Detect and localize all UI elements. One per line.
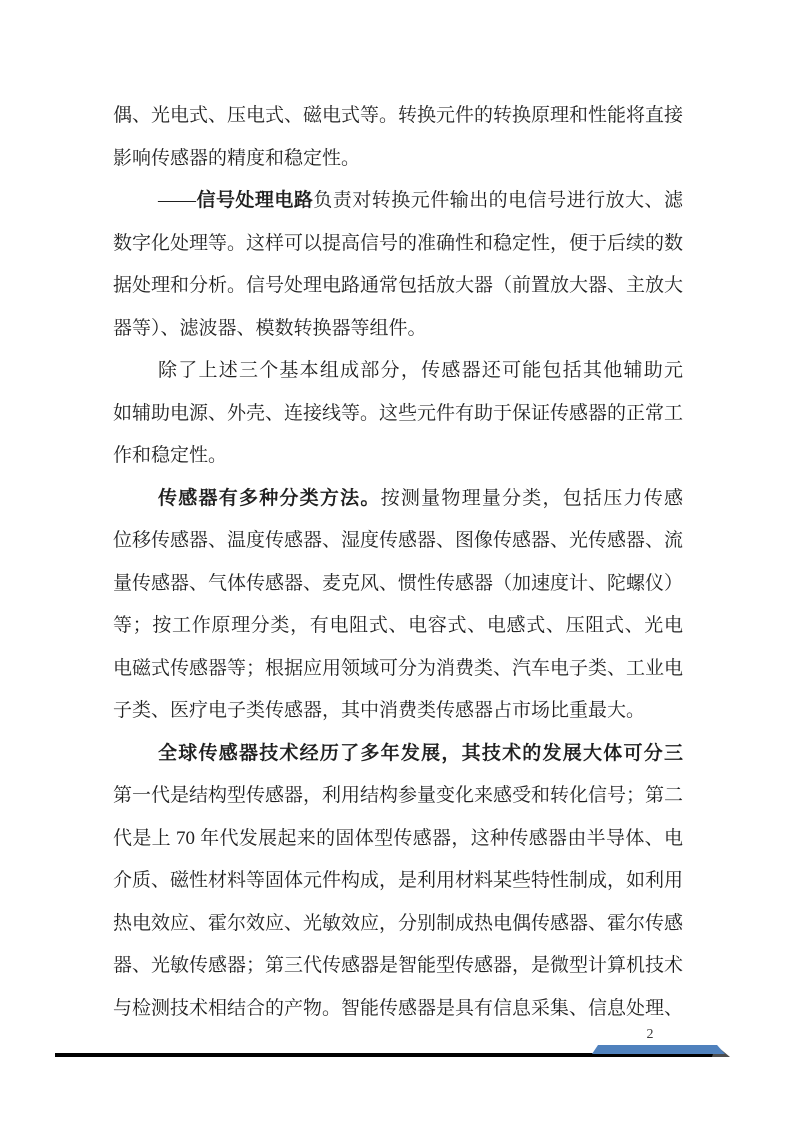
text-segment: 除了上述三个基本组成部分，传感器还可能包括其他辅助元件， xyxy=(158,360,683,393)
text-line: 全球传感器技术经历了多年发展，其技术的发展大体可分三代。 xyxy=(113,733,683,776)
text-segment: 等；按工作原理分类，有电阻式、电容式、电感式、压阻式、光电式、 xyxy=(113,615,683,648)
bold-text-segment: 信号处理电路 xyxy=(196,190,313,211)
text-line: 除了上述三个基本组成部分，传感器还可能包括其他辅助元件， xyxy=(113,350,683,393)
text-segment: 电磁式传感器等；根据应用领域可分为消费类、汽车电子类、工业电 xyxy=(113,658,683,679)
text-line: 偶、光电式、压电式、磁电式等。转换元件的转换原理和性能将直接 xyxy=(113,95,683,138)
text-segment: 位移传感器、温度传感器、湿度传感器、图像传感器、光传感器、流 xyxy=(113,530,683,551)
text-segment: 器、光敏传感器；第三代传感器是智能型传感器，是微型计算机技术 xyxy=(113,955,683,976)
text-line: 子类、医疗电子类传感器，其中消费类传感器占市场比重最大。 xyxy=(113,690,683,733)
text-segment: 量传感器、气体传感器、麦克风、惯性传感器（加速度计、陀螺仪） xyxy=(113,573,683,594)
text-line: ——信号处理电路负责对转换元件输出的电信号进行放大、滤波、 xyxy=(113,180,683,223)
text-segment: 器等）、滤波器、模数转换器等组件。 xyxy=(113,318,427,339)
document-body: 偶、光电式、压电式、磁电式等。转换元件的转换原理和性能将直接影响传感器的精度和稳… xyxy=(113,95,683,1030)
text-segment: 偶、光电式、压电式、磁电式等。转换元件的转换原理和性能将直接 xyxy=(113,105,683,126)
text-line: 热电效应、霍尔效应、光敏效应，分别制成热电偶传感器、霍尔传感 xyxy=(113,903,683,946)
text-segment: 作和稳定性。 xyxy=(113,445,227,466)
text-line: 据处理和分析。信号处理电路通常包括放大器（前置放大器、主放大 xyxy=(113,265,683,308)
text-line: 等；按工作原理分类，有电阻式、电容式、电感式、压阻式、光电式、 xyxy=(113,605,683,648)
text-line: 位移传感器、温度传感器、湿度传感器、图像传感器、光传感器、流 xyxy=(113,520,683,563)
text-line: 器等）、滤波器、模数转换器等组件。 xyxy=(113,308,683,351)
text-segment: 介质、磁性材料等固体元件构成，是利用材料某些特性制成，如利用 xyxy=(113,870,683,891)
text-line: 与检测技术相结合的产物。智能传感器是具有信息采集、信息处理、 xyxy=(113,988,683,1031)
text-line: 数字化处理等。这样可以提高信号的准确性和稳定性，便于后续的数 xyxy=(113,223,683,266)
text-segment: 热电效应、霍尔效应、光敏效应，分别制成热电偶传感器、霍尔传感 xyxy=(113,913,683,934)
document-page: 偶、光电式、压电式、磁电式等。转换元件的转换原理和性能将直接影响传感器的精度和稳… xyxy=(0,0,794,1123)
bold-text-segment: 传感器有多种分类方法。 xyxy=(158,488,381,509)
text-line: 第一代是结构型传感器，利用结构参量变化来感受和转化信号；第二 xyxy=(113,775,683,818)
text-segment: 据处理和分析。信号处理电路通常包括放大器（前置放大器、主放大 xyxy=(113,275,683,296)
text-line: 影响传感器的精度和稳定性。 xyxy=(113,138,683,181)
text-segment: 数字化处理等。这样可以提高信号的准确性和稳定性，便于后续的数 xyxy=(113,233,683,254)
text-segment: —— xyxy=(158,190,196,211)
text-line: 传感器有多种分类方法。按测量物理量分类，包括压力传感器、 xyxy=(113,478,683,521)
bold-text-segment: 全球传感器技术经历了多年发展，其技术的发展大体可分三代。 xyxy=(158,743,683,776)
text-segment: 子类、医疗电子类传感器，其中消费类传感器占市场比重最大。 xyxy=(113,700,645,721)
text-line: 作和稳定性。 xyxy=(113,435,683,478)
text-segment: 与检测技术相结合的产物。智能传感器是具有信息采集、信息处理、 xyxy=(113,998,683,1019)
footer-ribbon-accent xyxy=(588,1045,725,1054)
text-segment: 如辅助电源、外壳、连接线等。这些元件有助于保证传感器的正常工 xyxy=(113,403,683,424)
text-segment: 代是上 70 年代发展起来的固体型传感器，这种传感器由半导体、电 xyxy=(113,828,683,849)
page-number: 2 xyxy=(610,1026,690,1044)
text-line: 介质、磁性材料等固体元件构成，是利用材料某些特性制成，如利用 xyxy=(113,860,683,903)
text-line: 电磁式传感器等；根据应用领域可分为消费类、汽车电子类、工业电 xyxy=(113,648,683,691)
text-line: 代是上 70 年代发展起来的固体型传感器，这种传感器由半导体、电 xyxy=(113,818,683,861)
text-segment: 影响传感器的精度和稳定性。 xyxy=(113,148,360,169)
text-line: 器、光敏传感器；第三代传感器是智能型传感器，是微型计算机技术 xyxy=(113,945,683,988)
text-line: 量传感器、气体传感器、麦克风、惯性传感器（加速度计、陀螺仪） xyxy=(113,563,683,606)
text-segment: 第一代是结构型传感器，利用结构参量变化来感受和转化信号；第二 xyxy=(113,785,683,806)
text-line: 如辅助电源、外壳、连接线等。这些元件有助于保证传感器的正常工 xyxy=(113,393,683,436)
